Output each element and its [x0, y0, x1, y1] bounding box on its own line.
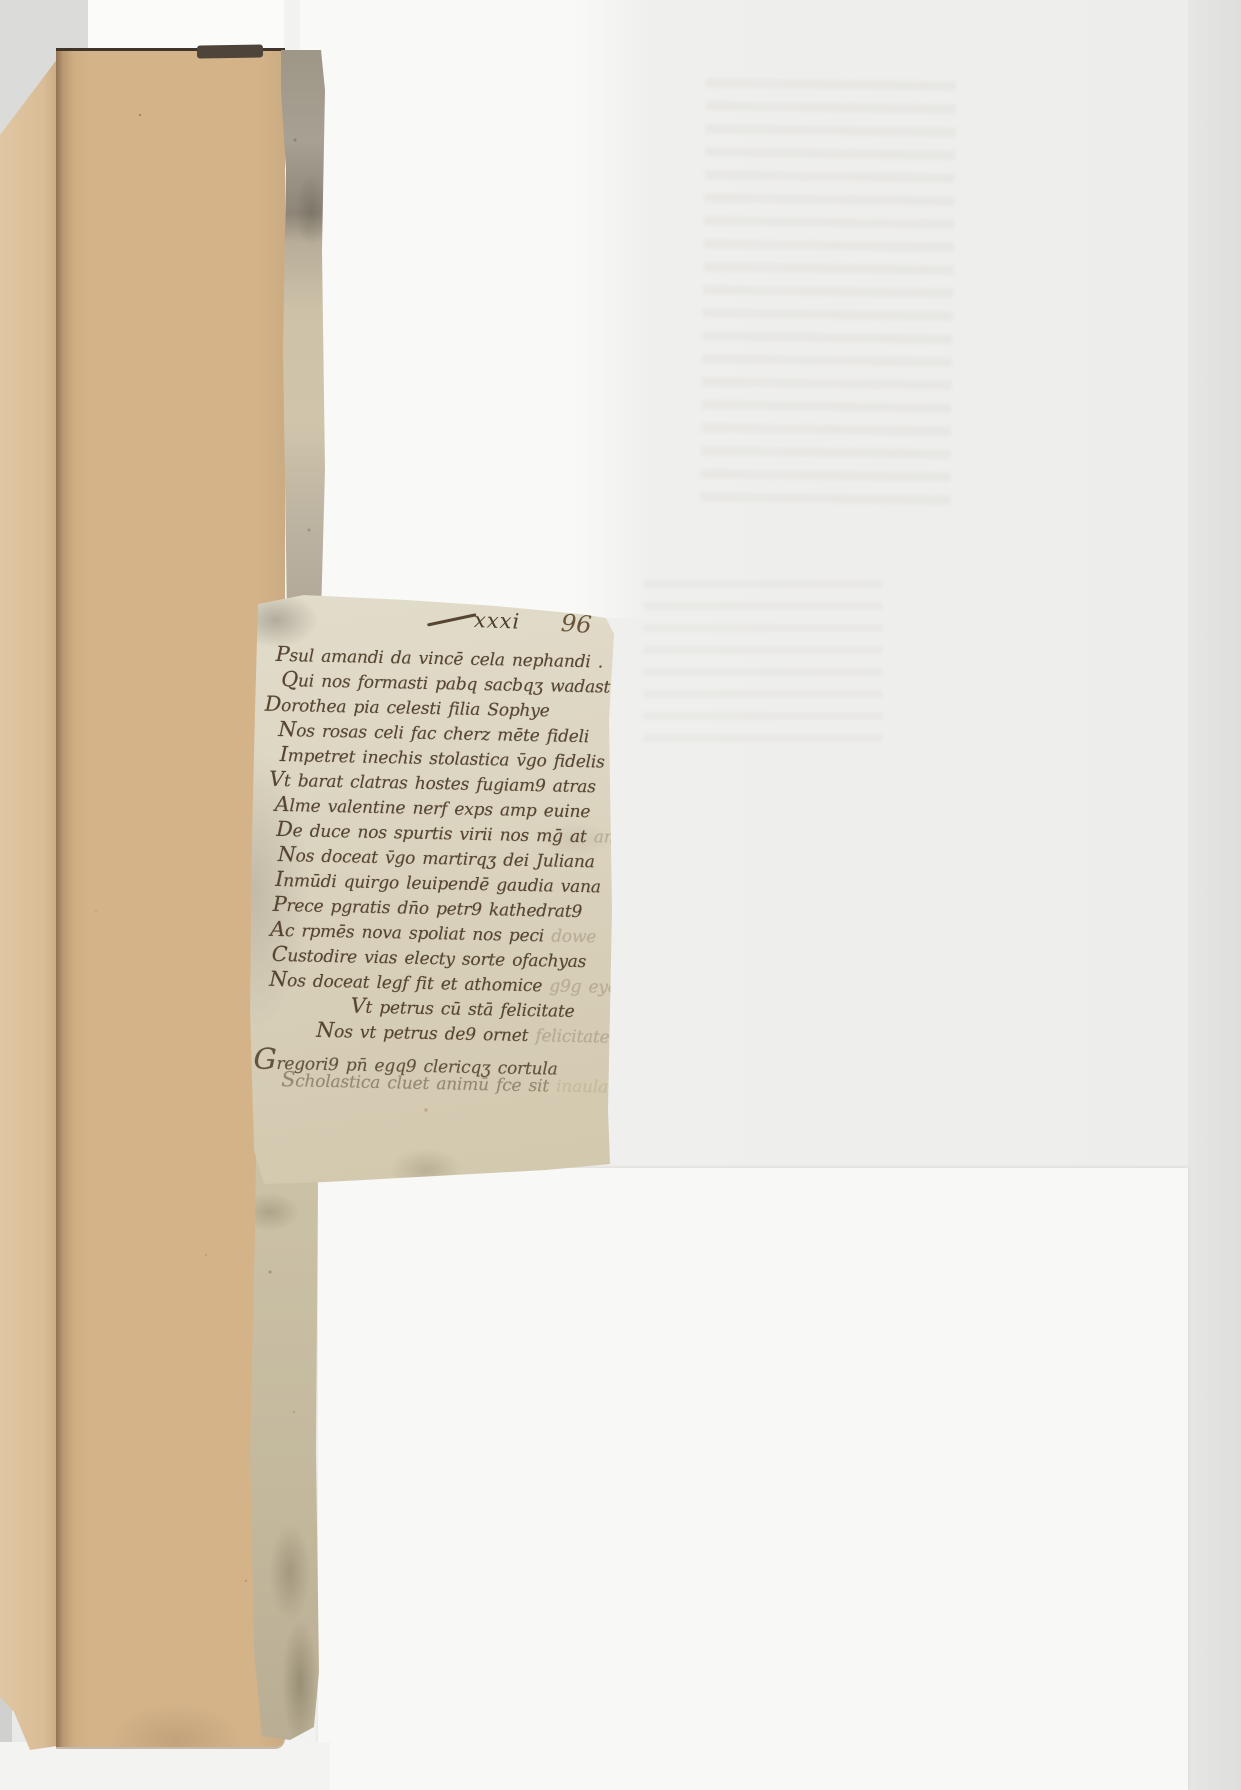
chapter-heading: xxxi — [428, 606, 521, 633]
backing-sheet-bottom — [0, 1742, 330, 1790]
ink-showthrough-upper — [700, 78, 956, 511]
interleaf-sheet-below-fragment — [318, 1168, 1188, 1790]
parchment-guard-strip — [281, 50, 325, 615]
interleaf-sheet-above-fragment — [300, 0, 650, 618]
manuscript-scan: 96 xxxi Psul amandi da vincē cela nephan… — [0, 0, 1241, 1790]
book-left-page-edge — [0, 0, 64, 1752]
verse-text-block: Psul amandi da vincē cela nephandi . Qui… — [273, 642, 604, 1098]
heading-flourish-stroke — [427, 613, 477, 626]
ink-showthrough-lower — [643, 580, 883, 750]
verse-line: Scholastica cluet animū fce sit inaula — [281, 1067, 595, 1098]
book-tan-page — [56, 48, 285, 1747]
parchment-guard-stub — [250, 1152, 320, 1744]
scan-right-edge — [1188, 0, 1241, 1790]
chapter-numeral: xxxi — [474, 608, 521, 634]
binding-tab — [197, 44, 263, 58]
parchment-fragment: 96 xxxi Psul amandi da vincē cela nephan… — [246, 590, 618, 1188]
verse-line: Nos doceat legf fit et athomice g9g eyo — [269, 967, 597, 999]
